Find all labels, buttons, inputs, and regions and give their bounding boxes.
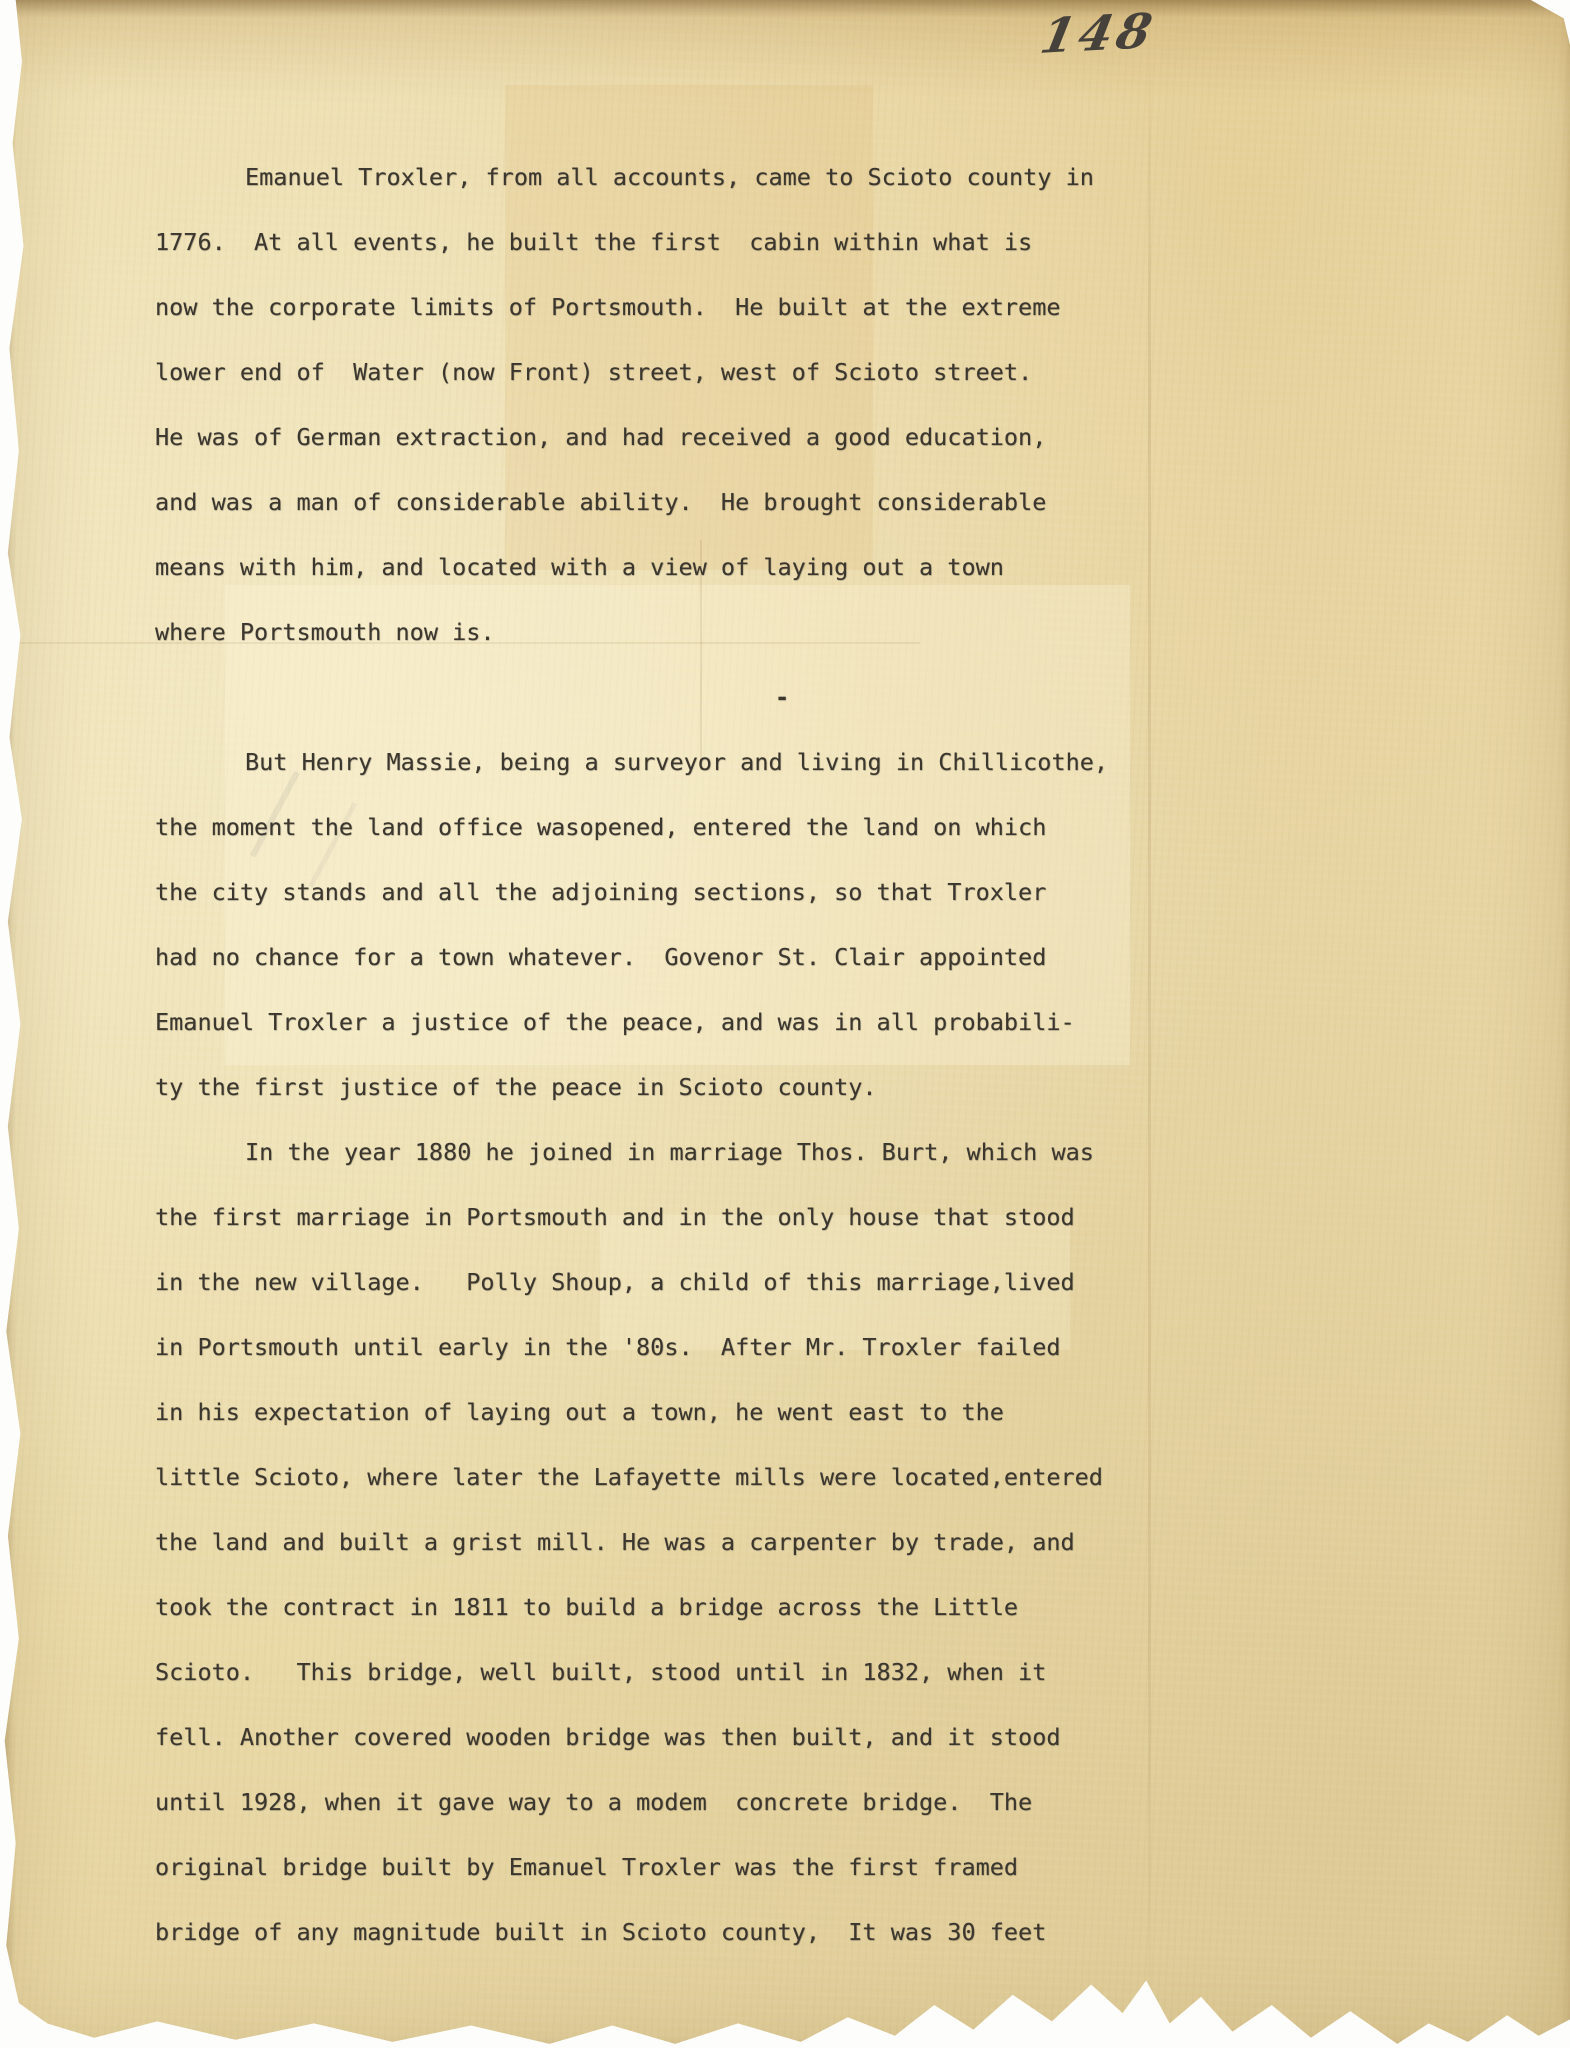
text-line: now the corporate limits of Portsmouth. … bbox=[155, 275, 1415, 340]
scanned-document: 148 Emanuel Troxler, from all accounts, … bbox=[0, 0, 1570, 2048]
text-line: fell. Another covered wooden bridge was … bbox=[155, 1705, 1415, 1770]
typewritten-text: Emanuel Troxler, from all accounts, came… bbox=[155, 145, 1415, 1965]
text-line: In the year 1880 he joined in marriage T… bbox=[155, 1120, 1415, 1185]
text-line: took the contract in 1811 to build a bri… bbox=[155, 1575, 1415, 1640]
text-line: in Portsmouth until early in the '80s. A… bbox=[155, 1315, 1415, 1380]
page-number-handwritten: 148 bbox=[1036, 3, 1161, 65]
document-page: 148 Emanuel Troxler, from all accounts, … bbox=[0, 0, 1570, 2048]
paper-edge-shadow bbox=[0, 0, 1570, 18]
paper-edge-shadow bbox=[0, 0, 16, 2048]
text-line: original bridge built by Emanuel Troxler… bbox=[155, 1835, 1415, 1900]
text-line: where Portsmouth now is. bbox=[155, 600, 1415, 665]
text-line: lower end of Water (now Front) street, w… bbox=[155, 340, 1415, 405]
text-line: in the new village. Polly Shoup, a child… bbox=[155, 1250, 1415, 1315]
text-line: until 1928, when it gave way to a modem … bbox=[155, 1770, 1415, 1835]
text-line: had no chance for a town whatever. Goven… bbox=[155, 925, 1415, 990]
text-line: the first marriage in Portsmouth and in … bbox=[155, 1185, 1415, 1250]
text-line: But Henry Massie, being a surveyor and l… bbox=[155, 730, 1415, 795]
text-line: little Scioto, where later the Lafayette… bbox=[155, 1445, 1415, 1510]
text-line: the land and built a grist mill. He was … bbox=[155, 1510, 1415, 1575]
text-line: and was a man of considerable ability. H… bbox=[155, 470, 1415, 535]
text-line: Emanuel Troxler, from all accounts, came… bbox=[155, 145, 1415, 210]
text-line: the city stands and all the adjoining se… bbox=[155, 860, 1415, 925]
text-line: 1776. At all events, he built the first … bbox=[155, 210, 1415, 275]
text-line: He was of German extraction, and had rec… bbox=[155, 405, 1415, 470]
text-line: means with him, and located with a view … bbox=[155, 535, 1415, 600]
paragraph-separator-dash: - bbox=[155, 665, 1415, 730]
text-line: ty the first justice of the peace in Sci… bbox=[155, 1055, 1415, 1120]
text-line: Emanuel Troxler a justice of the peace, … bbox=[155, 990, 1415, 1055]
text-line: the moment the land office wasopened, en… bbox=[155, 795, 1415, 860]
text-line: in his expectation of laying out a town,… bbox=[155, 1380, 1415, 1445]
text-line: bridge of any magnitude built in Scioto … bbox=[155, 1900, 1415, 1965]
text-line: Scioto. This bridge, well built, stood u… bbox=[155, 1640, 1415, 1705]
